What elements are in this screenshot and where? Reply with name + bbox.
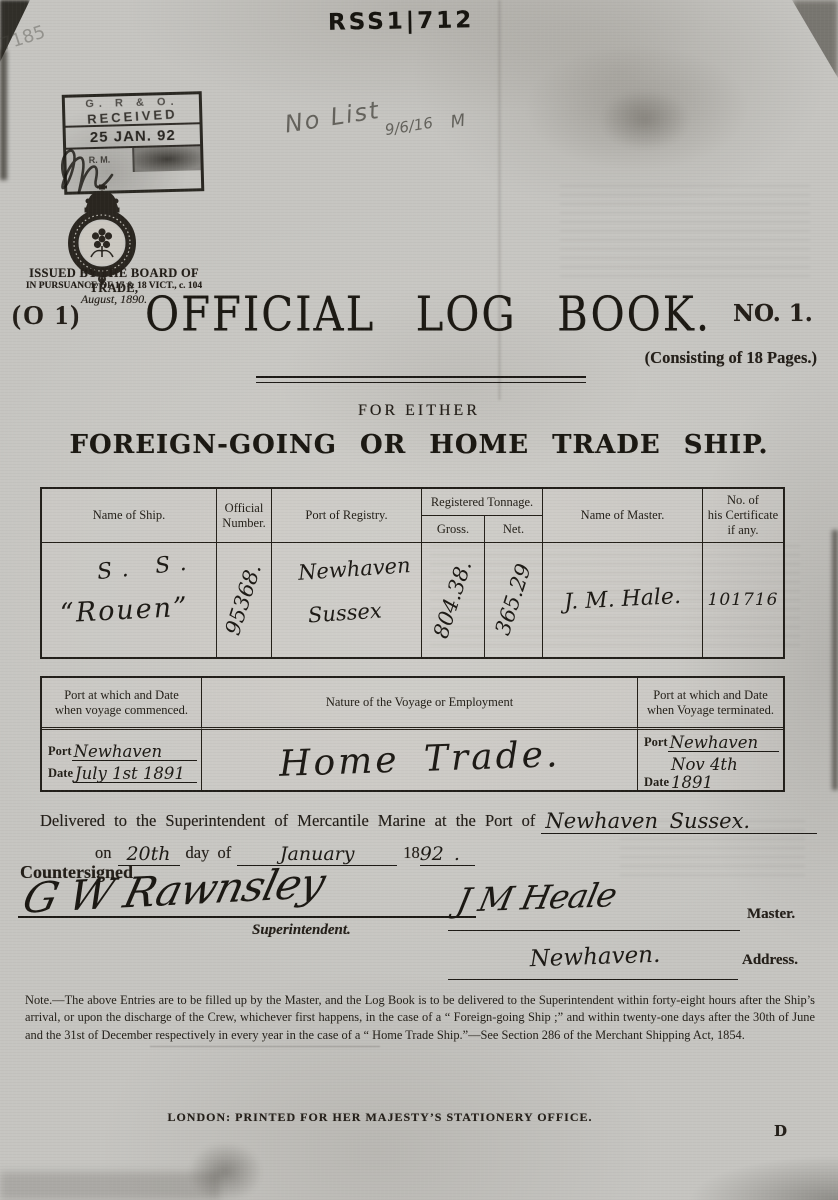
- header-name-of-master: Name of Master.: [543, 489, 703, 543]
- header-net: Net.: [485, 516, 543, 543]
- log-book-number: NO. 1.: [733, 300, 813, 327]
- form-code: (O 1): [12, 300, 81, 331]
- master-signature-line: [448, 930, 740, 931]
- year-prefix: 18: [403, 843, 420, 863]
- ship-name-value: “Rouen”: [59, 592, 189, 631]
- port-of-registry-value-line2: Sussex: [307, 598, 382, 628]
- gross-tonnage-value: 804.38.: [429, 558, 478, 642]
- cell-net-tonnage: 365.29: [485, 543, 543, 657]
- date-label: Date: [48, 766, 73, 781]
- delivery-port-value: Newhaven Sussex.: [541, 809, 817, 834]
- header-voyage-terminated: Port at which and Date when Voyage termi…: [638, 678, 783, 730]
- catalog-reference-number: RSS1|712: [328, 6, 528, 35]
- address-label: Address.: [742, 952, 798, 969]
- pencil-annotation: No List 9/6/16 M: [278, 71, 506, 175]
- cell-nature-of-voyage: Home Trade.: [202, 730, 638, 790]
- for-either-label: FOR EITHER: [0, 402, 838, 420]
- superintendent-signature-line: [18, 916, 476, 918]
- title-divider-rule: [256, 376, 586, 383]
- cell-ship-name: S. S. “Rouen”: [42, 543, 217, 657]
- ship-type-heading: FOREIGN-GOING OR HOME TRADE SHIP.: [0, 430, 838, 460]
- on-label: on: [95, 843, 112, 863]
- cell-certificate-number: 101716: [703, 543, 783, 657]
- cell-voyage-terminated: Port Newhaven Date Nov 4th 1891: [638, 730, 783, 790]
- pages-note: (Consisting of 18 Pages.): [555, 348, 817, 368]
- port-label: Port: [48, 744, 72, 759]
- ship-prefix-value: S. S.: [96, 550, 198, 587]
- superintendent-label: Superintendent.: [252, 922, 351, 939]
- voyage-table: Port at which and Date when voyage comme…: [40, 676, 785, 792]
- header-official-number: Official Number.: [217, 489, 272, 543]
- log-book-cover-page: RSS1|712 7185 No List 9/6/16 M G. R & O.…: [0, 0, 838, 1200]
- terminated-port-value: Newhaven: [668, 734, 779, 752]
- header-gross: Gross.: [422, 516, 485, 543]
- ship-particulars-table: Name of Ship. Official Number. Port of R…: [40, 487, 785, 659]
- scan-edge-shadow-bottom: [0, 1172, 220, 1200]
- net-tonnage-value: 365.29: [490, 561, 537, 639]
- ink-smudge: [188, 1142, 263, 1200]
- header-name-of-ship: Name of Ship.: [42, 489, 217, 543]
- footnote: Note.—The above Entries are to be filled…: [25, 992, 815, 1044]
- day-of-label: day of: [186, 843, 232, 863]
- scan-edge-shadow-right: [832, 530, 838, 790]
- pencil-note-initials: M: [449, 111, 467, 133]
- scan-corner-shadow-bottom-right: [688, 1155, 838, 1200]
- header-nature-of-voyage: Nature of the Voyage or Employment: [202, 678, 638, 730]
- header-voyage-commenced: Port at which and Date when voyage comme…: [42, 678, 202, 730]
- delivery-printed-text: Delivered to the Superintendent of Merca…: [40, 811, 535, 831]
- header-certificate: No. of his Certificate if any.: [703, 489, 783, 543]
- official-number-value: 95368.: [221, 561, 268, 639]
- date-label: Date: [644, 775, 669, 790]
- port-of-registry-value-line1: Newhaven: [297, 553, 411, 586]
- master-label: Master.: [747, 906, 795, 923]
- master-name-value: J. M. Hale.: [563, 584, 681, 616]
- header-port-of-registry: Port of Registry.: [272, 489, 422, 543]
- port-label: Port: [644, 735, 668, 750]
- master-signature: J M Heale: [453, 875, 620, 919]
- cell-master-name: J. M. Hale.: [543, 543, 703, 657]
- certificate-number-value: 101716: [708, 590, 779, 610]
- plate-letter: D: [774, 1122, 787, 1140]
- page-title: OFFICIAL LOG BOOK.: [137, 287, 719, 343]
- delivery-statement-line1: Delivered to the Superintendent of Merca…: [40, 806, 817, 831]
- cell-official-number: 95368.: [217, 543, 272, 657]
- address-value: Newhaven.: [480, 940, 711, 974]
- showthrough-line: [150, 1046, 380, 1047]
- scan-edge-shadow-left: [0, 50, 7, 180]
- cell-gross-tonnage: 804.38.: [422, 543, 485, 657]
- terminated-date-value: Nov 4th 1891: [669, 756, 779, 792]
- cell-port-of-registry: Newhaven Sussex: [272, 543, 422, 657]
- commenced-date-value: July 1st 1891: [73, 765, 197, 783]
- address-line: [448, 979, 738, 980]
- cell-voyage-commenced: Port Newhaven Date July 1st 1891: [42, 730, 202, 790]
- nature-of-voyage-value: Home Trade.: [278, 734, 561, 787]
- delivery-year-value: 92 .: [420, 843, 475, 866]
- printer-imprint: LONDON: PRINTED FOR HER MAJESTY’S STATIO…: [0, 1110, 760, 1125]
- commenced-port-value: Newhaven: [72, 743, 197, 761]
- header-registered-tonnage: Registered Tonnage.: [422, 489, 543, 516]
